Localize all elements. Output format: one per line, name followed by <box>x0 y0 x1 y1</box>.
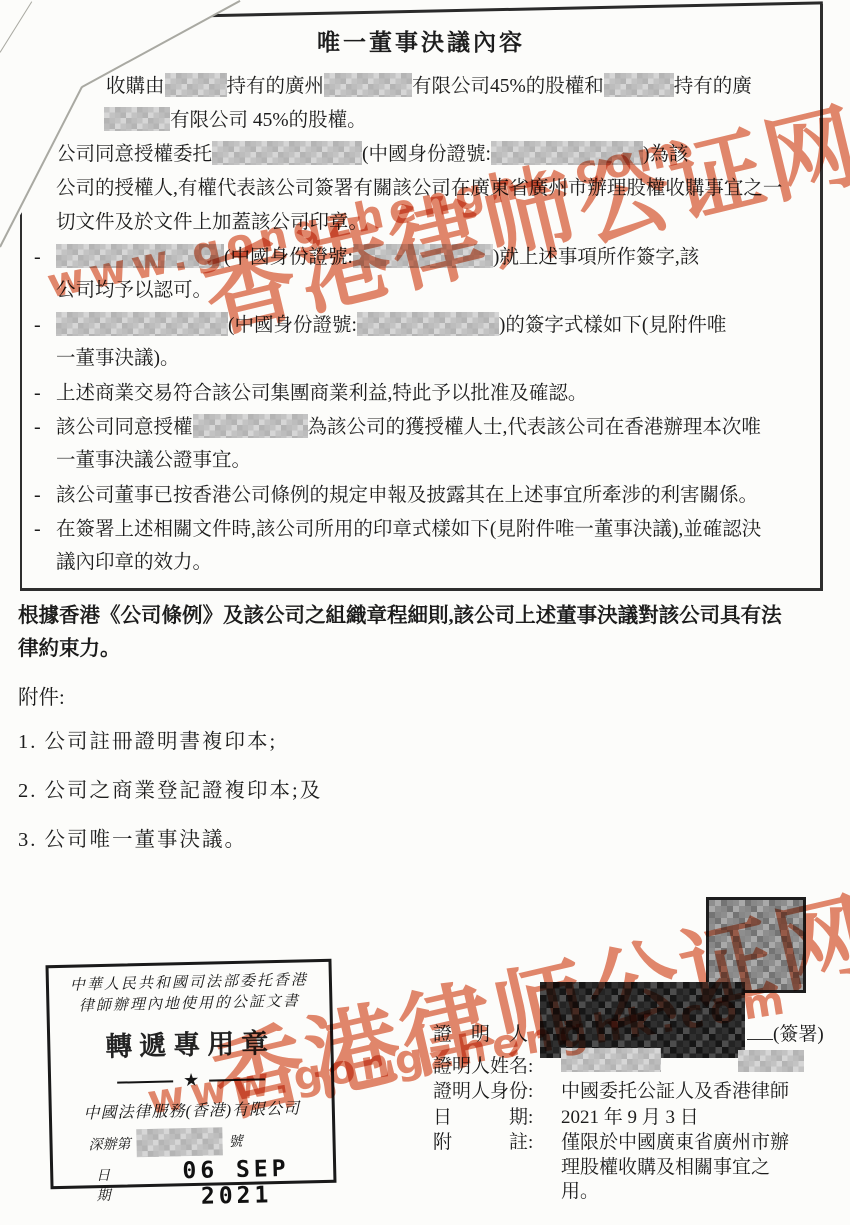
text-segment: 公司的授權人,有權代表該公司簽署有關該公司在廣東省廣州市辦理股權收購事宜之一 <box>56 178 782 199</box>
legal-note-line: 律約束力。 <box>18 633 822 666</box>
case-number-prefix: 深辦第 <box>88 1133 130 1154</box>
certifier-label: 證 明 人 <box>433 1022 561 1048</box>
resolution-line-text: 一董事決議公證事宜。 <box>56 444 820 478</box>
resolution-line: -該公司同意授權為該公司的獲授權人士,代表該公司在香港辦理本次唯 <box>22 410 820 444</box>
resolution-line: 一董事決議公證事宜。 <box>22 444 820 478</box>
divider-line <box>117 1080 173 1083</box>
text-segment: 公司同意授權委托 <box>56 144 212 165</box>
star-icon: ★ <box>183 1070 200 1091</box>
bullet-dash: - <box>22 376 56 410</box>
resolution-line: 切文件及於文件上加蓋該公司印章。 <box>22 206 820 240</box>
text-segment: 有限公司45%的股權和 <box>412 76 604 97</box>
resolution-line-text: 有限公司 45%的股權。 <box>56 104 820 138</box>
resolution-line-text: 該公司董事已按香港公司條例的規定申報及披露其在上述事宜所牽涉的利害關係。 <box>56 479 820 513</box>
text-segment: )就上述事項所作簽字,該 <box>493 247 699 268</box>
resolution-line: 議內印章的效力。 <box>22 546 820 580</box>
name-label: 證明人姓名: <box>433 1054 561 1080</box>
attachments-heading: 附件: <box>18 680 65 710</box>
redacted-text <box>738 1050 804 1072</box>
text-segment: )的簽字式樣如下(見附件唯 <box>499 315 727 336</box>
resolution-line-text: 公司均予以認可。 <box>56 274 820 308</box>
resolution-box: 唯一董事決議內容 收購由持有的廣州有限公司45%的股權和持有的廣有限公司 45%… <box>20 4 823 591</box>
stamp-date-row: 日期 06 SEP 2021 <box>89 1155 334 1213</box>
legal-binding-note: 根據香港《公司條例》及該公司之組織章程細則,該公司上述董事決議對該公司具有法律約… <box>18 600 822 666</box>
stamp-date-label: 日期 <box>89 1165 118 1206</box>
redacted-text <box>604 73 674 97</box>
scanned-notarial-document: 唯一董事決議內容 收購由持有的廣州有限公司45%的股權和持有的廣有限公司 45%… <box>0 0 850 1225</box>
resolution-line: -(中國身份證號:)的簽字式樣如下(見附件唯 <box>22 308 820 342</box>
bullet-dash: - <box>22 512 56 546</box>
redacted-seal-image <box>706 897 806 993</box>
text-segment: 收購由 <box>106 76 165 97</box>
stamp-star-divider: ★ <box>51 1067 331 1094</box>
text-segment: 在簽署上述相關文件時,該公司所用的印章式樣如下(見附件唯一董事決議),並確認決 <box>56 519 761 540</box>
resolution-line-text: 上述商業交易符合該公司集團商業利益,特此予以批准及確認。 <box>56 377 820 411</box>
certifier-identity-row: 證明人身份: 中國委托公証人及香港律師 <box>433 1079 833 1105</box>
resolution-line-text: 公司同意授權委托(中國身份證號:)為該 <box>56 138 820 172</box>
date-value: 2021 年 9 月 3 日 <box>561 1105 699 1131</box>
text-segment: )為該 <box>643 144 689 165</box>
redacted-text <box>353 244 493 268</box>
note-text: 僅限於中國廣東省廣州市辦理股權收購及相關事宜之用。 <box>561 1131 789 1205</box>
resolution-line: -在簽署上述相關文件時,該公司所用的印章式樣如下(見附件唯一董事決議),並確認決 <box>22 512 820 546</box>
resolution-line-text: 一董事決議)。 <box>56 342 820 376</box>
note-line: 用。 <box>561 1180 789 1205</box>
text-segment: 該公司同意授權 <box>56 417 193 438</box>
redacted-name <box>561 1048 661 1072</box>
text-segment: 該公司董事已按香港公司條例的規定申報及披露其在上述事宜所牽涉的利害關係。 <box>56 485 758 506</box>
redacted-text <box>212 141 362 165</box>
redacted-text <box>193 414 308 438</box>
redacted-text <box>56 244 224 268</box>
attachment-item: 3. 公司唯一董事決議。 <box>18 824 322 873</box>
resolution-line-text: 收購由持有的廣州有限公司45%的股權和持有的廣 <box>56 70 820 104</box>
resolution-line-text: (中國身份證號:)的簽字式樣如下(見附件唯 <box>56 309 820 343</box>
resolution-line: 公司均予以認可。 <box>22 274 820 308</box>
text-segment: 議內印章的效力。 <box>56 552 212 573</box>
redacted-case-number <box>136 1127 223 1157</box>
sign-suffix: (簽署) <box>773 1022 824 1048</box>
redacted-text <box>357 312 499 336</box>
note-label: 附 註: <box>433 1130 561 1156</box>
stamp-company-name: 中國法律服務(香港)有限公司 <box>52 1095 332 1124</box>
resolution-line-text: 公司的授權人,有權代表該公司簽署有關該公司在廣東省廣州市辦理股權收購事宜之一 <box>56 172 820 206</box>
note-line: 僅限於中國廣東省廣州市辦 <box>561 1131 789 1156</box>
resolution-line: 公司同意授權委托(中國身份證號:)為該 <box>22 138 820 172</box>
resolution-line: 收購由持有的廣州有限公司45%的股權和持有的廣 <box>22 70 820 104</box>
redacted-text <box>491 141 643 165</box>
certification-note-row: 附 註: 僅限於中國廣東省廣州市辦理股權收購及相關事宜之用。 <box>433 1130 833 1205</box>
bullet-dash: - <box>22 240 56 274</box>
text-segment: 持有的廣州 <box>227 76 325 97</box>
stamp-seal-title: 轉遞專用章 <box>50 1020 331 1065</box>
resolution-line: -(中國身份證號:)就上述事項所作簽字,該 <box>22 240 820 274</box>
identity-value: 中國委托公証人及香港律師 <box>561 1079 789 1105</box>
text-segment: 有限公司 45%的股權。 <box>170 110 367 131</box>
certifier-row: 證 明 人 (簽署) <box>433 1022 833 1048</box>
text-segment: 持有的廣 <box>674 76 752 97</box>
signature-line <box>747 1039 773 1040</box>
text-segment: 上述商業交易符合該公司集團商業利益,特此予以批准及確認。 <box>56 383 587 404</box>
resolution-line-text: (中國身份證號:)就上述事項所作簽字,該 <box>56 241 820 275</box>
text-segment: 公司均予以認可。 <box>56 280 212 301</box>
text-segment: 為該公司的獲授權人士,代表該公司在香港辦理本次唯 <box>308 417 761 438</box>
stamp-case-number-row: 深辦第 號 <box>88 1125 333 1159</box>
note-line: 理股權收購及相關事宜之 <box>561 1156 789 1181</box>
date-label: 日 期: <box>433 1105 561 1131</box>
bullet-dash: - <box>22 478 56 512</box>
text-segment: 一董事決議公證事宜。 <box>56 450 251 471</box>
redacted-text <box>104 107 170 131</box>
text-segment: 一董事決議)。 <box>56 348 180 369</box>
resolution-line: 有限公司 45%的股權。 <box>22 104 820 138</box>
resolution-line-text: 該公司同意授權為該公司的獲授權人士,代表該公司在香港辦理本次唯 <box>56 411 820 445</box>
resolution-line: 一董事決議)。 <box>22 342 820 376</box>
divider-line <box>209 1078 265 1081</box>
attachment-item: 2. 公司之商業登記證複印本;及 <box>18 775 322 824</box>
text-segment: (中國身份證號: <box>228 315 357 336</box>
certification-date-row: 日 期: 2021 年 9 月 3 日 <box>433 1105 833 1131</box>
certification-block: 證 明 人 (簽署) 證明人姓名: 證明人身份: 中國委托公証人及香港律師 日 … <box>433 1022 833 1205</box>
redacted-text <box>56 312 228 336</box>
legal-note-line: 根據香港《公司條例》及該公司之組織章程細則,該公司上述董事決議對該公司具有法 <box>18 600 822 633</box>
attachment-item: 1. 公司註冊證明書複印本; <box>18 726 322 775</box>
bullet-dash: - <box>22 308 56 342</box>
resolution-line: -該公司董事已按香港公司條例的規定申報及披露其在上述事宜所牽涉的利害關係。 <box>22 478 820 512</box>
redacted-text <box>324 73 412 97</box>
attachments-list: 1. 公司註冊證明書複印本;2. 公司之商業登記證複印本;及3. 公司唯一董事決… <box>18 726 322 873</box>
resolution-paragraphs: 收購由持有的廣州有限公司45%的股權和持有的廣有限公司 45%的股權。公司同意授… <box>22 70 820 580</box>
identity-label: 證明人身份: <box>433 1079 561 1105</box>
text-segment: (中國身份證號: <box>224 247 353 268</box>
case-number-suffix: 號 <box>228 1131 242 1151</box>
resolution-line-text: 議內印章的效力。 <box>56 546 820 580</box>
text-segment: (中國身份證號: <box>362 144 491 165</box>
bullet-dash: - <box>22 410 56 444</box>
resolution-line: 公司的授權人,有權代表該公司簽署有關該公司在廣東省廣州市辦理股權收購事宜之一 <box>22 172 820 206</box>
text-segment: 切文件及於文件上加蓋該公司印章。 <box>56 212 368 233</box>
resolution-line-text: 在簽署上述相關文件時,該公司所用的印章式樣如下(見附件唯一董事決議),並確認決 <box>56 513 820 547</box>
stamp-date-value: 06 SEP 2021 <box>139 1155 334 1211</box>
redacted-text <box>165 73 227 97</box>
resolution-line-text: 切文件及於文件上加蓋該公司印章。 <box>56 206 820 240</box>
transfer-stamp: 中華人民共和國司法部委托香港 律師辦理內地使用的公証文書 轉遞專用章 ★ 中國法… <box>45 959 336 1189</box>
resolution-line: -上述商業交易符合該公司集團商業利益,特此予以批准及確認。 <box>22 376 820 410</box>
